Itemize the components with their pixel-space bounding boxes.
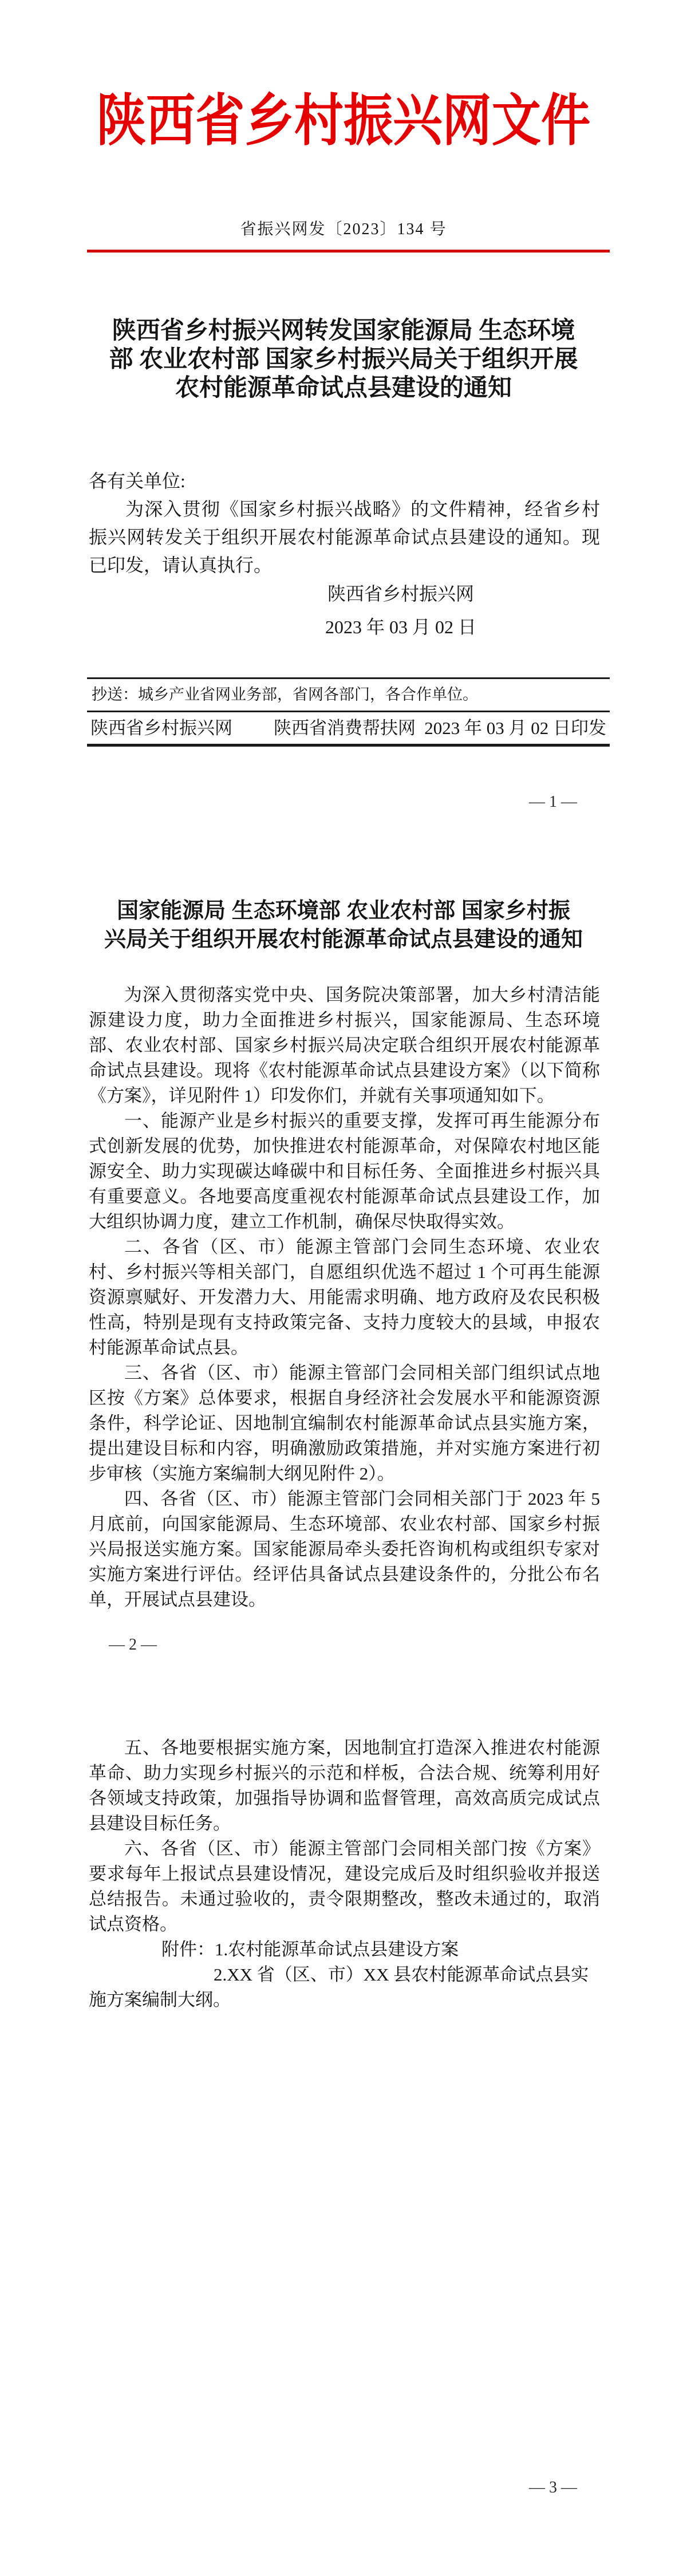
red-divider-rule <box>87 250 610 253</box>
issuer-name-1: 陕西省乡村振兴网 <box>90 712 232 744</box>
signature: 陕西省乡村振兴网 <box>315 579 487 608</box>
page1-body: 各有关单位: 为深入贯彻《国家乡村振兴战略》的文件精神，经省乡村振兴网转发关于组… <box>89 467 600 641</box>
notice-title-line: 兴局关于组织开展农村能源革命试点县建设的通知 <box>0 925 687 954</box>
issue-date: 2023 年 03 月 02 日印发 <box>424 712 606 744</box>
page-number-3: — 3 — <box>529 2479 577 2496</box>
body-paragraph: 三、各省（区、市）能源主管部门会同相关部门组织试点地区按《方案》总体要求，根据自… <box>89 1360 600 1486</box>
issuer-row: 陕西省乡村振兴网 陕西省消费帮扶网 2023 年 03 月 02 日印发 <box>87 712 610 744</box>
document-footer: 抄送：城乡产业省网业务部，省网各部门，各合作单位。 陕西省乡村振兴网 陕西省消费… <box>87 677 610 747</box>
attachment-line: 附件：1.农村能源革命试点县建设方案 <box>89 1937 600 1962</box>
attachment-line: 施方案编制大纲。 <box>89 1987 600 2013</box>
signature-block: 陕西省乡村振兴网 2023 年 03 月 02 日 <box>315 579 487 641</box>
cc-row: 抄送：城乡产业省网业务部，省网各部门，各合作单位。 <box>87 679 610 712</box>
page2-body: 为深入贯彻落实党中央、国务院决策部署，加大乡村清洁能源建设力度，助力全面推进乡村… <box>89 983 600 1612</box>
notice-title: 陕西省乡村振兴网转发国家能源局 生态环境 部 农业农村部 国家乡村振兴局关于组织… <box>0 317 687 403</box>
notice-title-line: 部 农业农村部 国家乡村振兴局关于组织开展 <box>0 345 687 374</box>
attachment-line: 2.XX 省（区、市）XX 县农村能源革命试点县实 <box>89 1962 600 1987</box>
body-paragraph: 为深入贯彻《国家乡村振兴战略》的文件精神，经省乡村振兴网转发关于组织开展农村能源… <box>89 495 600 579</box>
notice-title-line: 陕西省乡村振兴网转发国家能源局 生态环境 <box>0 317 687 345</box>
body-paragraph: 四、各省（区、市）能源主管部门会同相关部门于 2023 年 5 月底前，向国家能… <box>89 1486 600 1612</box>
body-paragraph: 六、各省（区、市）能源主管部门会同相关部门按《方案》要求每年上报试点县建设情况，… <box>89 1836 600 1937</box>
document-number: 省振兴网发〔2023〕134 号 <box>0 220 687 239</box>
red-letterhead-title: 陕西省乡村振兴网文件 <box>41 92 646 152</box>
issuer-name-2: 陕西省消费帮扶网 <box>274 712 416 744</box>
notice-title-page2: 国家能源局 生态环境部 农业农村部 国家乡村振 兴局关于组织开展农村能源革命试点… <box>0 897 687 954</box>
attachment-list: 附件：1.农村能源革命试点县建设方案 2.XX 省（区、市）XX 县农村能源革命… <box>89 1937 600 2013</box>
body-paragraph: 五、各地要根据实施方案，因地制宜打造深入推进农村能源革命、助力实现乡村振兴的示范… <box>89 1735 600 1836</box>
page-number-1: — 1 — <box>529 794 577 811</box>
body-paragraph: 一、能源产业是乡村振兴的重要支撑，发挥可再生能源分布式创新发展的优势，加快推进农… <box>89 1108 600 1234</box>
notice-title-line: 国家能源局 生态环境部 农业农村部 国家乡村振 <box>0 897 687 925</box>
notice-title-line: 农村能源革命试点县建设的通知 <box>0 374 687 403</box>
salutation: 各有关单位: <box>89 467 600 495</box>
body-paragraph: 二、各省（区、市）能源主管部门会同生态环境、农业农村、乡村振兴等相关部门，自愿组… <box>89 1234 600 1360</box>
page-number-2: — 2 — <box>109 1636 157 1654</box>
document-page: 陕西省乡村振兴网文件 省振兴网发〔2023〕134 号 陕西省乡村振兴网转发国家… <box>0 0 687 2576</box>
body-paragraph: 为深入贯彻落实党中央、国务院决策部署，加大乡村清洁能源建设力度，助力全面推进乡村… <box>89 983 600 1108</box>
signature-date: 2023 年 03 月 02 日 <box>315 613 487 641</box>
page3-body: 五、各地要根据实施方案，因地制宜打造深入推进农村能源革命、助力实现乡村振兴的示范… <box>89 1735 600 2013</box>
